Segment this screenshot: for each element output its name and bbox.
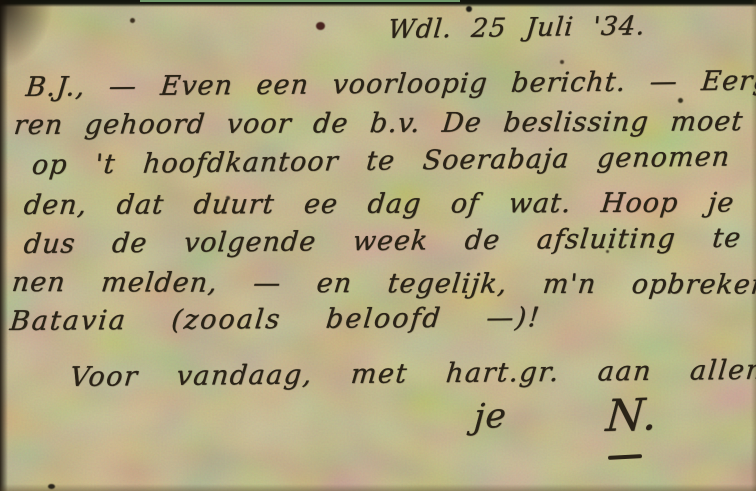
paper-speck xyxy=(560,60,564,64)
handwritten-line: dus de volgende week de afsluiting te ku… xyxy=(23,222,756,260)
handwritten-line: den, dat duurt ee dag of wat. Hoop je xyxy=(22,188,736,222)
paper-speck xyxy=(678,98,683,103)
handwritten-line: nen melden, — en tegelijk, m'n opbreken … xyxy=(10,267,756,301)
handwritten-line: Batavia (zooals beloofd —)! xyxy=(8,302,542,337)
paper-speck xyxy=(466,6,472,12)
handwritten-line: ren gehoord voor de b.v. De beslissing m… xyxy=(12,106,744,141)
paper-speck xyxy=(48,484,55,489)
paper-speck xyxy=(316,22,325,30)
photo-edge-bottom xyxy=(0,484,756,491)
handwritten-line: Voor vandaag, met hart.gr. aan allen, xyxy=(69,355,756,393)
photo-edge-top-highlight xyxy=(140,0,460,2)
postcard-photo: Wdl. 25 Juli '34. B.J., — Even een voorl… xyxy=(0,0,756,491)
handwritten-line: B.J., — Even een voorloopig bericht. — E… xyxy=(25,65,756,103)
photo-edge-left xyxy=(0,0,8,491)
handwritten-line: op 't hoofdkantoor te Soerabaja genomen … xyxy=(31,140,756,181)
signature-prefix: je xyxy=(473,397,509,437)
photo-corner-shadow xyxy=(0,0,54,70)
dateline: Wdl. 25 Juli '34. xyxy=(387,12,647,45)
signature-underline-flourish xyxy=(608,454,642,459)
signature-initial: N. xyxy=(604,390,659,442)
paper-speck xyxy=(130,18,135,23)
